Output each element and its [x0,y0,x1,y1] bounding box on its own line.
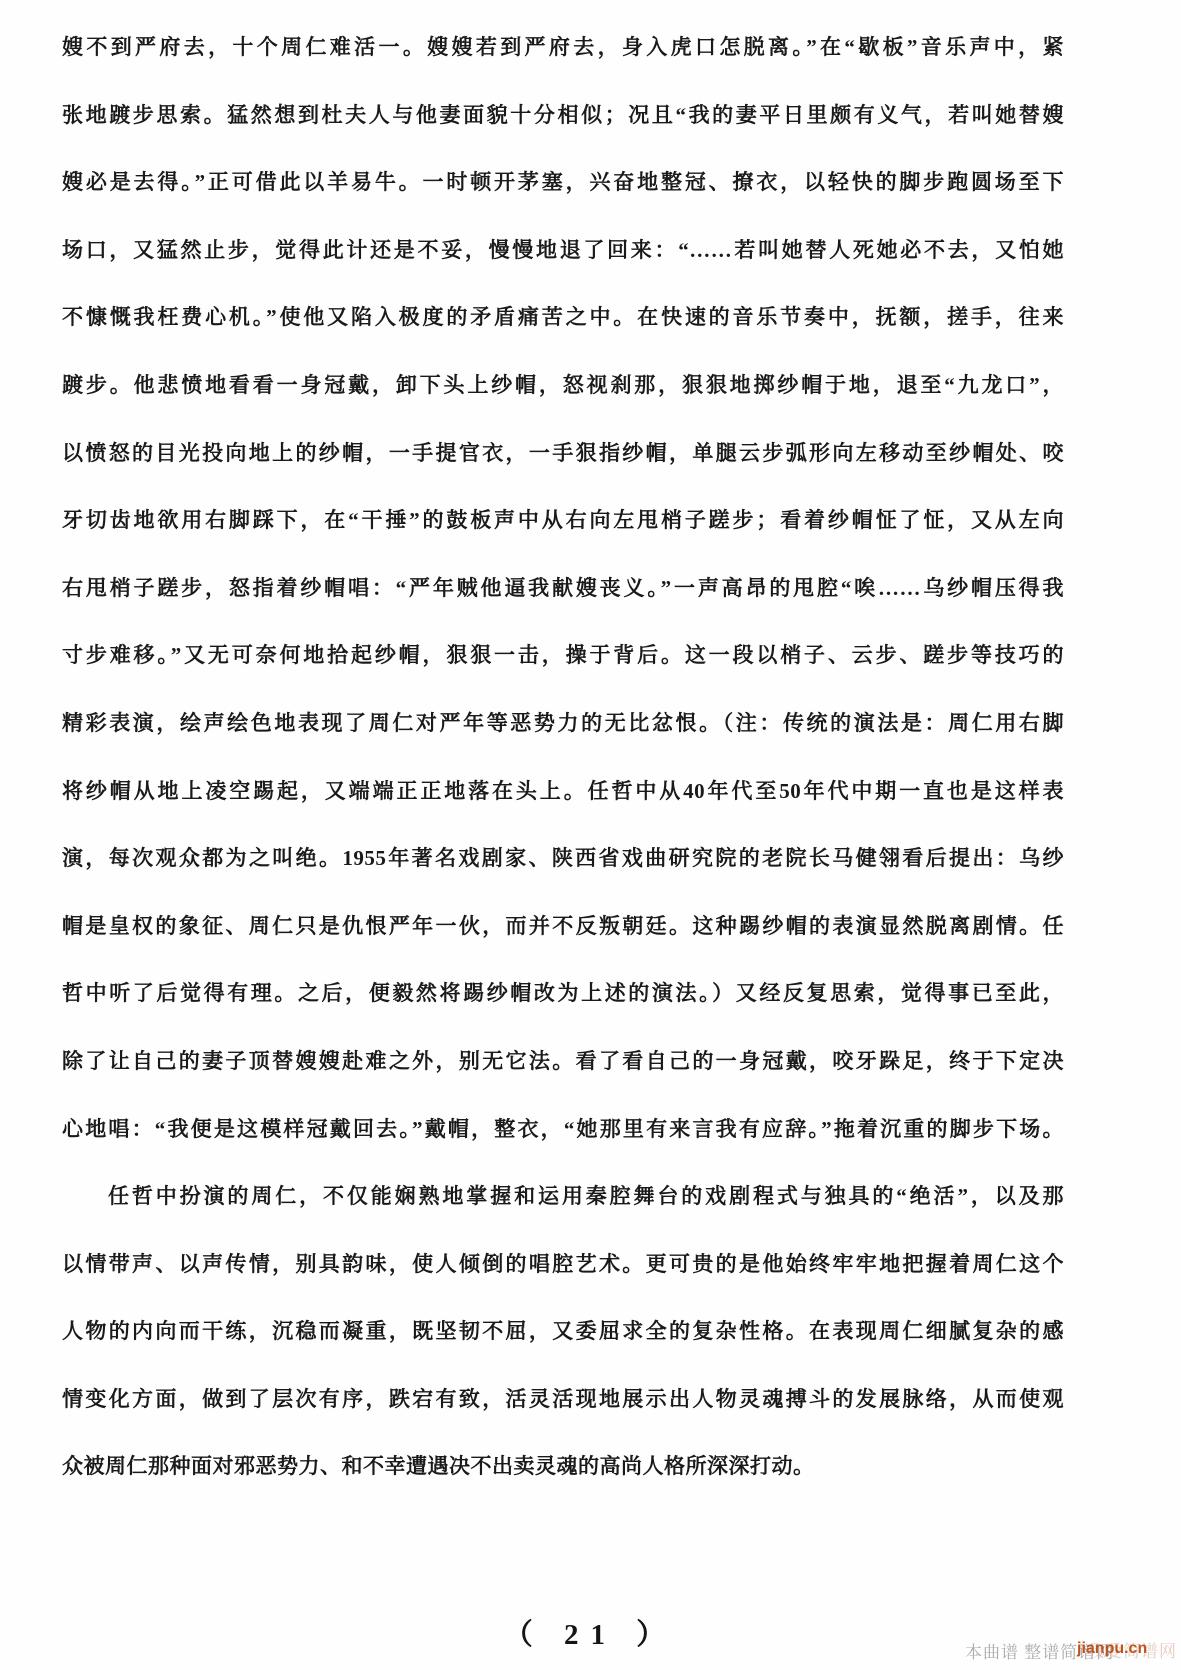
text-line: 牙切齿地欲用右脚踩下，在“干捶”的鼓板声中从右向左甩梢子蹉步；看着纱帽怔了怔，又… [62,487,1064,555]
text-line: 以情带声、以声传情，别具韵味，使人倾倒的唱腔艺术。更可贵的是他始终牢牢地把握着周… [62,1231,1064,1299]
text-line: 将纱帽从地上凌空踢起，又端端正正地落在头上。任哲中从40年代至50年代中期一直也… [62,758,1064,826]
text-line: 哲中听了后觉得有理。之后，便毅然将踢纱帽改为上述的演法。）又经反复思索，觉得事已… [62,960,1064,1028]
text-line: 帽是皇权的象征、周仁只是仇恨严年一伙，而并不反叛朝廷。这种踢纱帽的表演显然脱离剧… [62,893,1064,961]
text-line: 嫂不到严府去，十个周仁难活一。嫂嫂若到严府去，身入虎口怎脱离。”在“歇板”音乐声… [62,14,1064,82]
text-line: 踱步。他悲愤地看看一身冠戴，卸下头上纱帽，怒视刹那，狠狠地掷纱帽于地，退至“九龙… [62,352,1064,420]
text-line: 演，每次观众都为之叫绝。1955年著名戏剧家、陕西省戏曲研究院的老院长马健翎看后… [62,825,1064,893]
text-line: 情变化方面，做到了层次有序，跌宕有致，活灵活现地展示出人物灵魂搏斗的发展脉络，从… [62,1366,1064,1434]
text-line: 右甩梢子蹉步，怒指着纱帽唱：“严年贼他逼我献嫂丧义。”一声高昂的甩腔“唉……乌纱… [62,555,1064,623]
body-text: 嫂不到严府去，十个周仁难活一。嫂嫂若到严府去，身入虎口怎脱离。”在“歇板”音乐声… [62,14,1064,1501]
text-line: 不慷慨我枉费心机。”使他又陷入极度的矛盾痛苦之中。在快速的音乐节奏中，抚额，搓手… [62,284,1064,352]
text-line: 精彩表演，绘声绘色地表现了周仁对严年等恶势力的无比忿恨。（注：传统的演法是：周仁… [62,690,1064,758]
text-line: 场口，又猛然止步，觉得此计还是不妥，慢慢地退了回来：“……若叫她替人死她必不去，… [62,217,1064,285]
text-line: 人物的内向而干练，沉稳而凝重，既坚韧不屈，又委屈求全的复杂性格。在表现周仁细腻复… [62,1298,1064,1366]
scanned-document-page: 嫂不到严府去，十个周仁难活一。嫂嫂若到严府去，身入虎口怎脱离。”在“歇板”音乐声… [0,0,1181,1670]
text-line: 嫂必是去得。”正可借此以羊易牛。一时顿开茅塞，兴奋地整冠、撩衣，以轻快的脚步跑圆… [62,149,1064,217]
text-line: 除了让自己的妻子顶替嫂嫂赴难之外，别无它法。看了看自己的一身冠戴，咬牙跺足，终于… [62,1028,1064,1096]
text-line: 心地唱：“我便是这模样冠戴回去。”戴帽，整衣，“她那里有来言我有应辞。”拖着沉重… [62,1096,1064,1164]
text-line: 以愤怒的目光投向地上的纱帽，一手提官衣，一手狠指纱帽，单腿云步弧形向左移动至纱帽… [62,420,1064,488]
text-line: 寸步难移。”又无可奈何地拾起纱帽，狠狠一击，操于背后。这一段以梢子、云步、蹉步等… [62,622,1064,690]
text-line-paragraph-start: 任哲中扮演的周仁，不仅能娴熟地掌握和运用秦腔舞台的戏剧程式与独具的“绝活”，以及… [62,1163,1064,1231]
text-line-paragraph-end: 众被周仁那种面对邪恶势力、和不幸遭遇决不出卖灵魂的高尚人格所深深打动。 [62,1433,1064,1501]
text-line: 张地踱步思索。猛然想到杜夫人与他妻面貌十分相似；况且“我的妻平日里颇有义气，若叫… [62,82,1064,150]
page-number: （ 21 ） [0,1612,1181,1653]
